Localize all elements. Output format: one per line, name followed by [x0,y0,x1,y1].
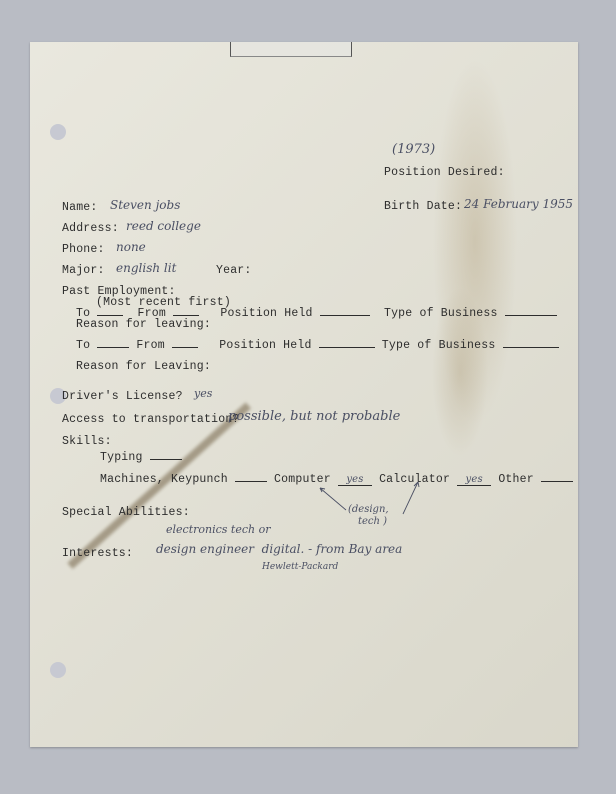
interests-label: Interests: [62,547,133,560]
interests-value: design engineer digital. - from Bay area [156,542,402,556]
annotation-tech: tech ) [358,516,387,527]
annotation-arrows [30,42,578,747]
special-abilities-label: Special Abilities: [62,506,190,519]
job-application-form: (1973) Position Desired: Birth Date: 24 … [30,42,578,747]
annotation-design-tech: (design, [348,504,389,515]
special-abilities-value: electronics tech or [166,523,270,536]
interests-value-2: Hewlett-Packard [262,562,338,572]
